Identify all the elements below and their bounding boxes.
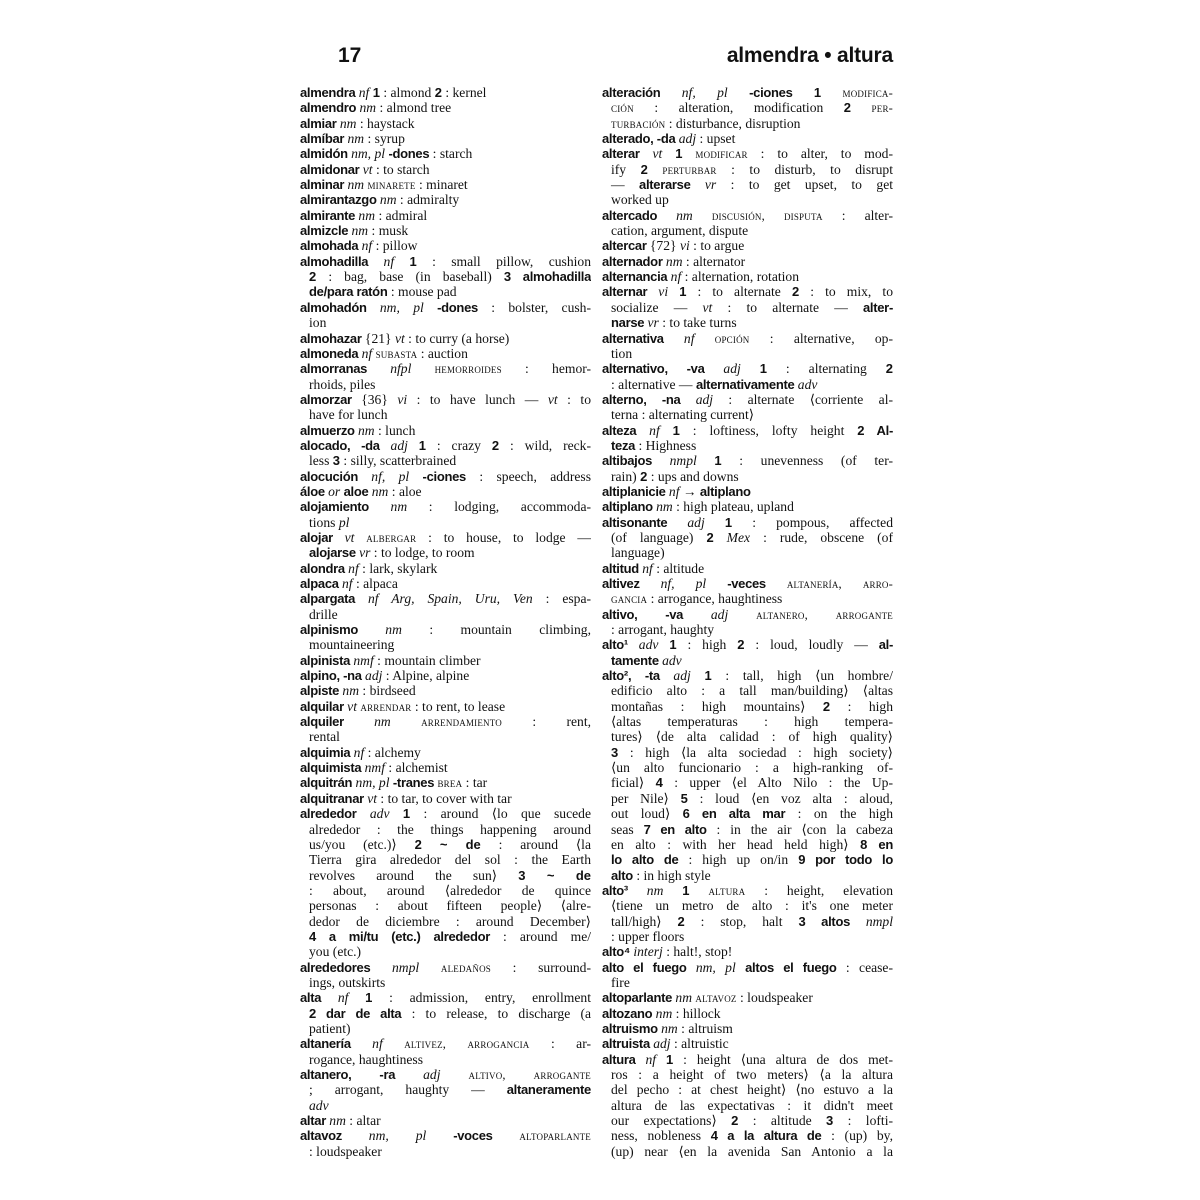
cross-reference: altoparlante — [519, 1129, 591, 1143]
definition-text: : alternative, op- — [750, 331, 894, 346]
entry-line: alternar vi 1 : to alternate 2 : to mix,… — [602, 284, 893, 299]
definition-text: : to rent, to lease — [411, 699, 505, 714]
definition-text: alrededor : the things happening around — [309, 822, 591, 837]
entry-line: almohada nf : pillow — [300, 238, 591, 253]
definition-text: : mountain climber — [374, 653, 481, 668]
entry-line: less 3 : silly, scatterbrained — [300, 453, 591, 468]
cross-reference: discusión, disputa — [712, 209, 823, 223]
part-of-speech: vr — [359, 545, 370, 560]
headword: 7 en alto — [644, 822, 707, 837]
definition-text: revolves around the sun⟩ — [309, 868, 518, 883]
entry-line: : loudspeaker — [300, 1144, 591, 1159]
definition-text: : lofti- — [833, 1113, 893, 1128]
definition-text: : about, around ⟨alrededor de quince — [309, 883, 591, 898]
entry-line: alto¹ adv 1 : high 2 : loud, loudly — al… — [602, 637, 893, 652]
definition-text: : arrogant, haughty — [611, 622, 714, 637]
entry-line: you (etc.) — [300, 944, 591, 959]
definition-text: : arrogance, haughtiness — [647, 591, 782, 606]
headword: alocución — [300, 469, 371, 484]
definition-text: : high — [830, 699, 893, 714]
headword: almidón — [300, 146, 351, 161]
definition-text: : hillock — [672, 1006, 720, 1021]
definition-text: ⟨altas temperaturas : high tempera- — [611, 714, 893, 729]
entry-line: almizcle nm : musk — [300, 223, 591, 238]
headword: alterno, -na — [602, 392, 696, 407]
part-of-speech: nf, pl — [371, 469, 422, 484]
entry-line: altruista adj : altruistic — [602, 1036, 893, 1051]
definition-text: per Nile⟩ — [611, 791, 681, 806]
headword: alterado, -da — [602, 131, 679, 146]
definition-text: : altruism — [678, 1021, 733, 1036]
headword: alrededor — [300, 806, 370, 821]
headword: alojar — [300, 530, 345, 545]
part-of-speech: vt — [367, 791, 377, 806]
entry-line: our expectations⟩ 2 : altitude 3 : lofti… — [602, 1113, 893, 1128]
definition-text — [690, 883, 709, 898]
part-of-speech: vr — [648, 315, 659, 330]
entry-line: ficial⟩ 4 : upper ⟨el Alto Nilo : the Up… — [602, 775, 893, 790]
definition-text: : around ⟨lo que sucede — [410, 806, 591, 821]
entry-line: alpinismo nm : mountain climbing, — [300, 622, 591, 637]
part-of-speech: adj — [696, 392, 713, 407]
part-of-speech: vi — [397, 392, 407, 407]
entry-line: edificio alto : a tall man/building⟩ ⟨al… — [602, 683, 893, 698]
part-of-speech: nf — [354, 745, 365, 760]
entry-line: have for lunch — [300, 407, 591, 422]
sense-number: 1 — [669, 637, 676, 652]
part-of-speech: nf — [671, 269, 682, 284]
cross-reference: altanero, arrogante — [756, 608, 893, 622]
entry-line: ness, nobleness 4 a la altura de : (up) … — [602, 1128, 893, 1143]
headword: alteza — [602, 423, 649, 438]
part-of-speech: nm — [347, 131, 364, 146]
definition-text: ficial⟩ — [611, 775, 656, 790]
headword: alquitranar — [300, 791, 367, 806]
entry-line: lo alto de : high up on/in 9 por todo lo — [602, 852, 893, 867]
entry-line: altruismo nm : altruism — [602, 1021, 893, 1036]
headword: altivo, -va — [602, 607, 711, 622]
entry-line: : alternative — alternativamente adv — [602, 377, 893, 392]
definition-text: en alto : with her head held high⟩ — [611, 837, 860, 852]
entry-line: altoparlante nm altavoz : loudspeaker — [602, 990, 893, 1005]
headword: 4 a mi/tu (etc.) alrededor — [309, 929, 490, 944]
definition-text: : hemor- — [502, 361, 591, 376]
entry-line: alquimista nmf : alchemist — [300, 760, 591, 775]
page-number: 17 — [338, 44, 361, 68]
entry-line: alternativo, -va adj 1 : alternating 2 — [602, 361, 893, 376]
definition-text: : alpaca — [353, 576, 398, 591]
cross-reference: altavoz — [695, 991, 736, 1005]
entry-line: seas 7 en alto : in the air ⟨con la cabe… — [602, 822, 893, 837]
part-of-speech: vi — [658, 284, 679, 299]
part-of-speech: nm — [347, 177, 367, 192]
sense-number: 1 — [373, 85, 380, 100]
definition-text: ness, nobleness — [611, 1128, 711, 1143]
entry-line: altura de las expectativas : it didn't m… — [602, 1098, 893, 1113]
definition-text: : to alternate — — [712, 300, 863, 315]
definition-text: : loudspeaker — [737, 990, 813, 1005]
cross-reference: gancia — [611, 592, 647, 606]
entry-line: terna : alternating current⟩ — [602, 407, 893, 422]
part-of-speech: nm — [380, 192, 397, 207]
entry-line: áloe or aloe nm : aloe — [300, 484, 591, 499]
part-of-speech: nm — [676, 208, 712, 223]
headword: áloe — [300, 484, 328, 499]
entry-line: 4 a mi/tu (etc.) alrededor : around me/ — [300, 929, 591, 944]
cross-reference: minarete — [367, 178, 415, 192]
entry-line: alto⁴ interj : halt!, stop! — [602, 944, 893, 959]
definition-text: montañas : high mountains⟩ — [611, 699, 823, 714]
guide-words: almendra • altura — [727, 44, 893, 68]
entry-line: alterado, -da adj : upset — [602, 131, 893, 146]
part-of-speech: pl — [339, 515, 350, 530]
entry-line: alrededor adv 1 : around ⟨lo que sucede — [300, 806, 591, 821]
cross-reference: altura — [708, 884, 745, 898]
entry-line: alocado, -da adj 1 : crazy 2 : wild, rec… — [300, 438, 591, 453]
part-of-speech: nm — [656, 1006, 673, 1021]
entry-line: alternancia nf : alternation, rotation — [602, 269, 893, 284]
headword: alondra — [300, 561, 348, 576]
headword: altiplano — [700, 484, 751, 499]
entry-line: ings, outskirts — [300, 975, 591, 990]
definition-text: : cease- — [837, 960, 893, 975]
headword: altavoz — [300, 1128, 369, 1143]
entry-line: out loud⟩ 6 en alta mar : on the high — [602, 806, 893, 821]
entry-line: patient) — [300, 1021, 591, 1036]
headword: alto el fuego — [602, 960, 696, 975]
part-of-speech: nf — [642, 561, 653, 576]
entry-line: alquimia nf : alchemy — [300, 745, 591, 760]
definition-text: socialize — — [611, 300, 703, 315]
definition-text: : high — [677, 637, 738, 652]
headword: almorzar — [300, 392, 361, 407]
entry-line: alto : in high style — [602, 868, 893, 883]
cross-reference: modificar — [695, 147, 747, 161]
definition-text: ify — [611, 162, 641, 177]
headword: alojarse — [309, 545, 359, 560]
part-of-speech: adj — [673, 668, 704, 683]
headword: alta — [300, 990, 338, 1005]
part-of-speech: nf — [669, 484, 680, 499]
definition-text: : starch — [429, 146, 472, 161]
definition-text: : bolster, cush- — [478, 300, 591, 315]
definition-text: : alteration, modification — [634, 100, 844, 115]
entry-line: almiar nm : haystack — [300, 116, 591, 131]
entry-line: alquitranar vt : to tar, to cover with t… — [300, 791, 591, 806]
headword: 4 a la altura de — [711, 1128, 822, 1143]
headword: altanería — [300, 1036, 372, 1051]
cross-reference: arrendar — [360, 700, 411, 714]
entry-line: almorranas nfpl hemorroides : hemor- — [300, 361, 591, 376]
entry-line: almohadilla nf 1 : small pillow, cushion — [300, 254, 591, 269]
cross-reference: brea — [437, 776, 462, 790]
part-of-speech: vt — [363, 162, 373, 177]
definition-text: : to alternate — [686, 284, 792, 299]
definition-text — [682, 146, 695, 161]
definition-text: : loftiness, lofty height — [680, 423, 857, 438]
definition-text: : height ⟨una altura de dos met- — [673, 1052, 893, 1067]
sense-number: 1 — [403, 806, 410, 821]
entry-line: ⟨altas temperaturas : high tempera- — [602, 714, 893, 729]
part-of-speech: nm — [374, 714, 421, 729]
headword: alocado, -da — [300, 438, 391, 453]
headword: altiplano — [602, 499, 656, 514]
part-of-speech: nmf — [353, 653, 373, 668]
definition-text: rental — [309, 729, 340, 744]
sense-number: 3 ~ de — [518, 868, 591, 883]
entry-line: — alterarse vr : to get upset, to get — [602, 177, 893, 192]
part-of-speech: nf — [362, 238, 373, 253]
entry-line: alminar nm minarete : minaret — [300, 177, 591, 192]
sense-number: 2 — [678, 914, 685, 929]
sense-number: 5 — [681, 791, 688, 806]
entry-line: (of language) 2 Mex : rude, obscene (of — [602, 530, 893, 545]
definition-text: : loud ⟨en voz alta : aloud, — [688, 791, 893, 806]
entry-line: altiplanicie nf → altiplano — [602, 484, 893, 499]
headword: alternancia — [602, 269, 671, 284]
definition-text: : stop, halt — [685, 914, 799, 929]
headword: altruista — [602, 1036, 653, 1051]
part-of-speech: nm — [352, 223, 369, 238]
definition-text: : kernel — [442, 85, 487, 100]
headword: -ciones — [749, 85, 814, 100]
part-of-speech: nm — [675, 990, 695, 1005]
entry-line: altivez nf, pl -veces altanería, arro- — [602, 576, 893, 591]
part-of-speech: vt — [347, 699, 360, 714]
headword: alpiste — [300, 683, 342, 698]
headword: -dones — [437, 300, 478, 315]
sense-number: 1 — [673, 423, 680, 438]
definition-text — [648, 162, 663, 177]
part-of-speech: nf Arg, Spain, Uru, Ven — [368, 591, 533, 606]
cross-reference: altanería, arro- — [787, 577, 893, 591]
entry-line: alto³ nm 1 altura : height, elevation — [602, 883, 893, 898]
entry-line: tions pl — [300, 515, 591, 530]
definition-text: drille — [309, 607, 338, 622]
entry-line: : upper floors — [602, 929, 893, 944]
definition-text: : to tar, to cover with tar — [377, 791, 512, 806]
entry-line: alquitrán nm, pl -tranes brea : tar — [300, 775, 591, 790]
headword: almohadilla — [300, 254, 384, 269]
entry-line: altozano nm : hillock — [602, 1006, 893, 1021]
cross-reference: albergar — [366, 531, 416, 545]
entry-line: alojamiento nm : lodging, accommoda- — [300, 499, 591, 514]
headword: alojamiento — [300, 499, 391, 514]
entry-line: alpiste nm : birdseed — [300, 683, 591, 698]
headword: alto — [611, 868, 633, 883]
sense-number: 2 — [492, 438, 499, 453]
entry-line: alternativa nf opción : alternative, op- — [602, 331, 893, 346]
part-of-speech: nfpl — [390, 361, 434, 376]
definition-text: : lodging, accommoda- — [407, 499, 591, 514]
headword: -ciones — [423, 469, 466, 484]
entry-line: personas : about fifteen people⟩ ⟨alre- — [300, 898, 591, 913]
part-of-speech: nf — [338, 990, 365, 1005]
headword: 3 almohadilla — [504, 269, 591, 284]
part-of-speech: adv — [798, 377, 818, 392]
entry-line: language) — [602, 545, 893, 560]
definition-text: del pecho : at chest height⟩ ⟨no estuvo … — [611, 1082, 893, 1097]
entry-line: ⟨un alto funcionario : a high-ranking of… — [602, 760, 893, 775]
headword: 2 Al- — [857, 423, 893, 438]
definition-text: personas : about fifteen people⟩ ⟨alre- — [309, 898, 591, 913]
part-of-speech: nmpl — [670, 453, 715, 468]
headword: aloe — [344, 484, 372, 499]
part-of-speech: nm, pl — [356, 775, 393, 790]
entry-line: adv — [300, 1098, 591, 1113]
definition-text: : surround- — [491, 960, 591, 975]
part-of-speech: nf — [384, 254, 410, 269]
sense-number: 2 ~ de — [415, 837, 481, 852]
sense-number: 1 — [714, 453, 721, 468]
definition-text: ings, outskirts — [309, 975, 385, 990]
headword: almohazar — [300, 331, 365, 346]
sense-number: 2 — [706, 530, 713, 545]
headword: altos el fuego — [745, 960, 836, 975]
definition-text: rogance, haughtiness — [309, 1052, 423, 1067]
definition-text: : alternating — [767, 361, 886, 376]
definition-text: {36} — [361, 392, 397, 407]
sense-number: 1 — [409, 254, 416, 269]
entry-line: Tierra gira alrededor del sol : the Eart… — [300, 852, 591, 867]
part-of-speech: nm — [358, 423, 375, 438]
definition-text: rain) — [611, 469, 640, 484]
definition-text: our expectations⟩ — [611, 1113, 731, 1128]
entry-line: tion — [602, 346, 893, 361]
entry-line: alojarse vr : to lodge, to room — [300, 545, 591, 560]
entry-line: almendra nf 1 : almond 2 : kernel — [300, 85, 591, 100]
headword: al- — [879, 637, 893, 652]
part-of-speech: vt — [548, 392, 558, 407]
definition-text: : admission, entry, enrollment — [372, 990, 591, 1005]
part-of-speech: vt — [703, 300, 713, 315]
cross-reference: ción — [611, 101, 634, 115]
headword: alterar — [602, 146, 653, 161]
entry-line: alterar vt 1 modificar : to alter, to mo… — [602, 146, 893, 161]
headword: almíbar — [300, 131, 347, 146]
definition-text: : ups and downs — [647, 469, 738, 484]
entry-line: alpargata nf Arg, Spain, Uru, Ven : espa… — [300, 591, 591, 606]
definition-text — [851, 100, 872, 115]
headword: altivez — [602, 576, 661, 591]
definition-text — [714, 530, 727, 545]
sense-number: 2 — [844, 100, 851, 115]
part-of-speech: nm — [342, 683, 359, 698]
entry-line: almendro nm : almond tree — [300, 100, 591, 115]
headword: altanero, -ra — [300, 1067, 423, 1082]
headword: alpino, -na — [300, 668, 365, 683]
definition-text: : alternative — — [611, 377, 696, 392]
entry-line: teza : Highness — [602, 438, 893, 453]
headword: altaneramente — [507, 1082, 591, 1097]
definition-text: : almond — [380, 85, 435, 100]
definition-text: : (up) by, — [821, 1128, 893, 1143]
entry-line: ción : alteration, modification 2 per- — [602, 100, 893, 115]
part-of-speech: nm, pl — [380, 300, 437, 315]
entry-line: narse vr : to take turns — [602, 315, 893, 330]
entry-line: altavoz nm, pl -voces altoparlante — [300, 1128, 591, 1143]
definition-text: : height, elevation — [745, 883, 893, 898]
entry-line: almidonar vt : to starch — [300, 162, 591, 177]
definition-text: : musk — [368, 223, 408, 238]
definition-text: : loudspeaker — [309, 1144, 382, 1159]
entry-line: per Nile⟩ 5 : loud ⟨en voz alta : aloud, — [602, 791, 893, 806]
entry-line: alpinista nmf : mountain climber — [300, 653, 591, 668]
sense-number: 1 — [704, 668, 711, 683]
entry-line: alrededor : the things happening around — [300, 822, 591, 837]
headword: alto⁴ — [602, 944, 633, 959]
part-of-speech: adv — [639, 637, 670, 652]
definition-text: : to disturb, to disrupt — [717, 162, 893, 177]
headword: alminar — [300, 177, 347, 192]
entry-line: rain) 2 : ups and downs — [602, 469, 893, 484]
definition-text: : admiral — [375, 208, 427, 223]
definition-text: : mouse pad — [387, 284, 456, 299]
part-of-speech: adv — [370, 806, 403, 821]
part-of-speech: nm — [358, 208, 375, 223]
definition-text: : pompous, affected — [732, 515, 893, 530]
headword: almiar — [300, 116, 340, 131]
headword: alto¹ — [602, 637, 639, 652]
headword: lo alto de — [611, 852, 678, 867]
entry-line: almoneda nf subasta : auction — [300, 346, 591, 361]
part-of-speech: adj — [687, 515, 725, 530]
definition-text: : to argue — [690, 238, 745, 253]
cross-reference: modifica- — [843, 86, 893, 100]
definition-text: : alternation, rotation — [681, 269, 799, 284]
definition-text: : crazy — [426, 438, 492, 453]
definition-text: : Alpine, alpine — [382, 668, 469, 683]
sense-number: 1 — [760, 361, 767, 376]
definition-text: : to mix, to — [799, 284, 893, 299]
headword: altruismo — [602, 1021, 661, 1036]
entry-line: alteza nf 1 : loftiness, lofty height 2 … — [602, 423, 893, 438]
entry-line: almirantazgo nm : admiralty — [300, 192, 591, 207]
headword: almidonar — [300, 162, 363, 177]
definition-text: : birdseed — [359, 683, 416, 698]
headword: altercado — [602, 208, 676, 223]
part-of-speech: nf — [348, 561, 359, 576]
headword: alto³ — [602, 883, 647, 898]
definition-text: worked up — [611, 192, 669, 207]
entry-line: altiplano nm : high plateau, upland — [602, 499, 893, 514]
entry-line: altisonante adj 1 : pompous, affected — [602, 515, 893, 530]
definition-text: : speech, address — [466, 469, 591, 484]
right-column: alteración nf, pl -ciones 1 modifica-ció… — [602, 85, 893, 1159]
headword: de/para ratón — [309, 284, 387, 299]
entry-line: drille — [300, 607, 591, 622]
definition-text: : alchemy — [364, 745, 421, 760]
part-of-speech: vt — [345, 530, 367, 545]
part-of-speech: adv — [662, 653, 682, 668]
definition-text: less — [309, 453, 333, 468]
definition-text: : lark, skylark — [359, 561, 438, 576]
headword: alpinismo — [300, 622, 385, 637]
cross-reference: per- — [872, 101, 893, 115]
definition-text: → — [679, 484, 699, 499]
part-of-speech: adj — [365, 668, 382, 683]
part-of-speech: nm — [340, 116, 357, 131]
definition-text: : to curry (a horse) — [405, 331, 510, 346]
headword: alpaca — [300, 576, 342, 591]
headword: alternador — [602, 254, 666, 269]
part-of-speech: nm — [359, 100, 376, 115]
definition-text: : auction — [417, 346, 468, 361]
entry-line: turbación : disturbance, disruption — [602, 116, 893, 131]
definition-text: : rent, — [502, 714, 591, 729]
sense-number: 1 — [419, 438, 426, 453]
definition-text: : rude, obscene (of — [750, 530, 893, 545]
